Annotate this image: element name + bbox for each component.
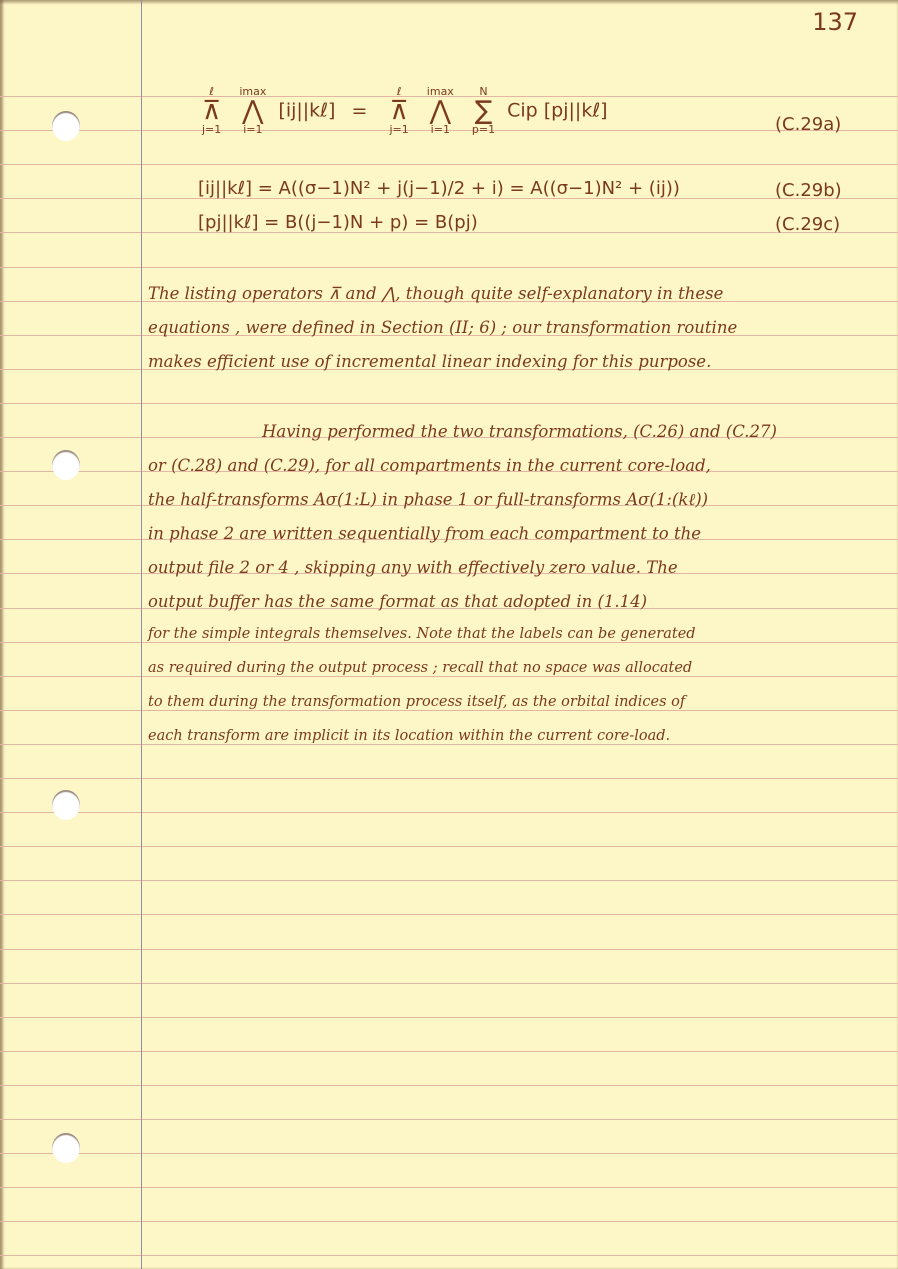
paragraph2-line: or (C.28) and (C.29), for all compartmen…	[148, 456, 711, 475]
page-number: 137	[812, 8, 858, 36]
paragraph2-line: Having performed the two transformations…	[262, 422, 777, 441]
notebook-page: 137 ℓ ⊼ j=1 imax ⋀ i=1 [ij||kℓ] = ℓ ⊼ j=…	[0, 0, 898, 1269]
equals-sign: =	[352, 100, 368, 122]
paragraph1-line: The listing operators ⊼ and ⋀, though qu…	[148, 284, 723, 303]
punch-hole	[52, 790, 80, 820]
paragraph2-line: in phase 2 are written sequentially from…	[148, 524, 701, 543]
punch-hole	[52, 450, 80, 480]
equation-c29c: [pj||kℓ] = B((j−1)N + p) = B(pj)	[198, 212, 478, 233]
paragraph2-line: to them during the transformation proces…	[148, 694, 685, 710]
listing-operator-i: imax ⋀ i=1	[427, 86, 454, 136]
rhs-term: Cip [pj||kℓ]	[507, 100, 607, 122]
listing-operator-j: ℓ ⊼ j=1	[202, 86, 221, 136]
paragraph2-line: as required during the output process ; …	[148, 660, 692, 676]
paragraph1-line: equations , were defined in Section (II;…	[148, 318, 737, 337]
equation-label-c29a: (C.29a)	[775, 114, 841, 135]
paragraph2-line: output buffer has the same format as tha…	[148, 592, 647, 611]
margin-line	[141, 0, 142, 1269]
punch-hole	[52, 111, 80, 141]
listing-operator-i: imax ⋀ i=1	[239, 86, 266, 136]
lhs-term: [ij||kℓ]	[278, 100, 335, 122]
equation-c29a: ℓ ⊼ j=1 imax ⋀ i=1 [ij||kℓ] = ℓ ⊼ j=1 im…	[196, 86, 608, 136]
paragraph1-line: makes efficient use of incremental linea…	[148, 352, 711, 371]
paragraph2-line: the half-transforms Aσ(1:L) in phase 1 o…	[148, 490, 708, 510]
paragraph2-line: each transform are implicit in its locat…	[148, 728, 670, 744]
equation-label-c29c: (C.29c)	[775, 214, 840, 235]
equation-c29b: [ij||kℓ] = A((σ−1)N² + j(j−1)/2 + i) = A…	[198, 178, 680, 199]
summation-operator: N ∑ p=1	[472, 86, 495, 136]
paragraph2-line: for the simple integrals themselves. Not…	[148, 626, 696, 642]
equation-label-c29b: (C.29b)	[775, 180, 842, 201]
paragraph2-line: output file 2 or 4 , skipping any with e…	[148, 558, 678, 577]
punch-hole	[52, 1133, 80, 1163]
listing-operator-j: ℓ ⊼ j=1	[389, 86, 408, 136]
